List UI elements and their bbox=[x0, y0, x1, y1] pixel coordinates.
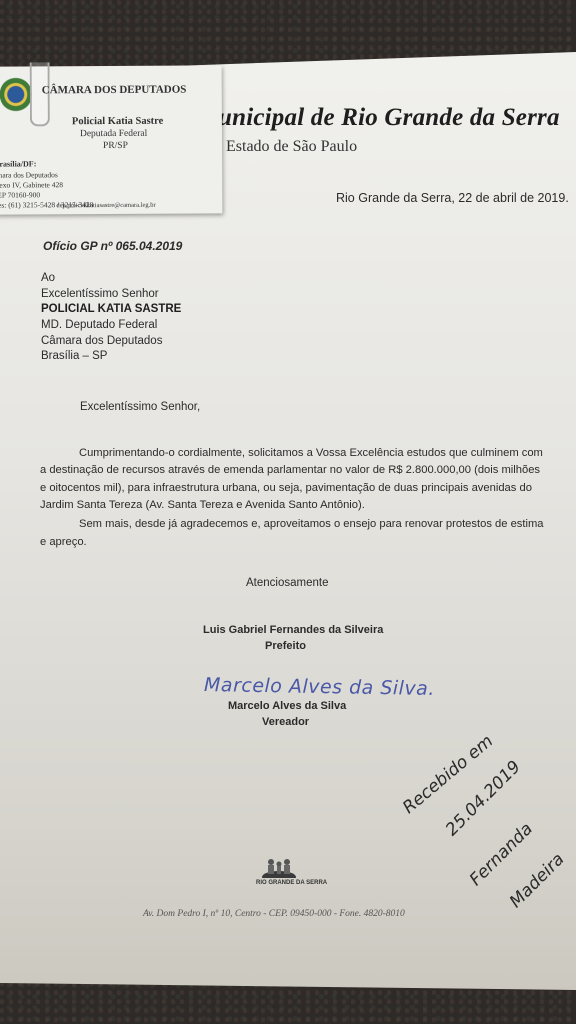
card-address-line: Câmara dos Deputados bbox=[0, 170, 58, 179]
letterhead-title: unicipal de Rio Grande da Serra bbox=[218, 104, 560, 132]
recipient-detail: Câmara dos Deputados bbox=[41, 335, 162, 347]
body-line: Jardim Santa Tereza (Av. Santa Tereza e … bbox=[40, 499, 365, 511]
card-institution: CÂMARA DOS DEPUTADOS bbox=[42, 84, 187, 97]
body-line: e apreço. bbox=[40, 536, 87, 548]
card-state: PR/SP bbox=[103, 141, 128, 151]
salutation: Excelentíssimo Senhor, bbox=[80, 401, 200, 413]
card-name: Policial Katia Sastre bbox=[72, 116, 163, 127]
card-address-line: CEP 70160-900 bbox=[0, 190, 40, 199]
body-line: Cumprimentando-o cordialmente, solicitam… bbox=[79, 447, 543, 459]
signatory-role: Vereador bbox=[262, 716, 309, 728]
body-line: e oitocentos mil), para infraestrutura u… bbox=[40, 482, 532, 494]
body-line: a destinação de recursos através de emen… bbox=[40, 464, 540, 476]
signatory-role: Prefeito bbox=[265, 640, 306, 652]
three-figures-logo-icon bbox=[262, 858, 296, 878]
handwritten-signature: Marcelo Alves da Silva. bbox=[204, 674, 435, 700]
signatory-name: Luis Gabriel Fernandes da Silveira bbox=[203, 624, 383, 636]
brasil-coat-of-arms-icon bbox=[0, 76, 32, 112]
card-address-label: Brasília/DF: bbox=[0, 159, 36, 168]
date-line: Rio Grande da Serra, 22 de abril de 2019… bbox=[336, 191, 569, 205]
card-address-line: Anexo IV, Gabinete 428 bbox=[0, 180, 63, 189]
recipient-name: POLICIAL KATIA SASTRE bbox=[41, 303, 181, 315]
closing: Atenciosamente bbox=[246, 577, 328, 589]
card-title: Deputada Federal bbox=[80, 129, 147, 139]
signatory-name: Marcelo Alves da Silva bbox=[228, 700, 346, 712]
footer-logo-text: RIO GRANDE DA SERRA bbox=[256, 880, 327, 886]
recipient-detail: Brasília – SP bbox=[41, 350, 107, 362]
office-reference: Ofício GP nº 065.04.2019 bbox=[43, 239, 182, 253]
recipient-detail: MD. Deputado Federal bbox=[41, 319, 157, 331]
recipient-line: Ao bbox=[41, 272, 55, 284]
recipient-line: Excelentíssimo Senhor bbox=[41, 288, 159, 300]
card-email: dep.policialkatiasastre@camara.leg.br bbox=[56, 202, 155, 210]
letterhead-subtitle: Estado de São Paulo bbox=[226, 138, 357, 156]
business-card: CÂMARA DOS DEPUTADOS Policial Katia Sast… bbox=[0, 65, 222, 214]
footer-address: Av. Dom Pedro I, nº 10, Centro - CEP. 09… bbox=[143, 909, 405, 919]
body-line: Sem mais, desde já agradecemos e, aprove… bbox=[79, 518, 544, 530]
